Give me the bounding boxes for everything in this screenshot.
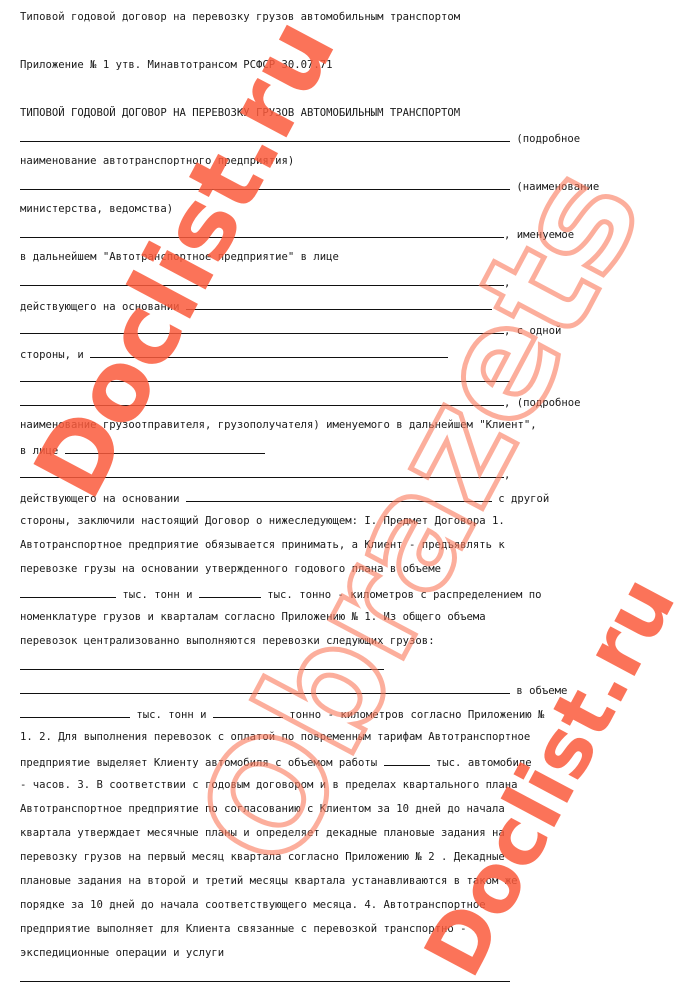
blank-field[interactable] [213, 706, 283, 718]
blank-field[interactable] [20, 370, 510, 382]
line-vehicle-hours: предприятие выделяет Клиенту автомобиля … [20, 754, 532, 768]
line-volume-2: тыс. тонн и тонно - километров согласно … [20, 706, 544, 720]
blank-field[interactable] [20, 466, 504, 478]
line-text: тыс. тонн и [130, 709, 213, 721]
line-basis-2: действующего на основании с другой [20, 490, 549, 504]
line-named: , именуемое [20, 226, 574, 240]
line-text: с другой [492, 493, 549, 505]
line-text: действующего на основании [20, 493, 186, 505]
line-text: тыс. автомобиле [430, 757, 532, 769]
line-text: тыс. тонно - километров с распределением… [261, 589, 542, 601]
line-ministry-name: (наименование [20, 178, 599, 192]
blank-field[interactable] [20, 658, 384, 670]
blank-field[interactable] [20, 586, 116, 598]
line-text: наименование грузоотправителя, грузополу… [20, 418, 537, 432]
blank-field[interactable] [20, 394, 504, 406]
line-text: министерства, ведомства) [20, 202, 173, 216]
line-and: стороны, и [20, 346, 448, 360]
blank-field[interactable] [20, 322, 504, 334]
line-text: порядке за 10 дней до начала соответству… [20, 898, 486, 912]
line-text: - часов. 3. В соответствии с годовым дог… [20, 778, 517, 792]
line-text: перевозок централизованно выполняются пе… [20, 634, 435, 648]
line-text: стороны, и [20, 349, 90, 361]
line-text: 1. 2. Для выполнения перевозок с оплатой… [20, 730, 530, 744]
line-one-side: , с одной [20, 322, 561, 336]
document-title: Типовой годовой договор на перевозку гру… [20, 10, 460, 24]
line-text: Автотранспортное предприятие обязывается… [20, 538, 505, 552]
line-text: тыс. тонн и [116, 589, 199, 601]
line-text: перевозку грузов на первый месяц квартал… [20, 850, 505, 864]
line-text: (наименование [510, 181, 599, 193]
blank-field[interactable] [20, 178, 510, 190]
line-cargo [20, 658, 384, 672]
line-client-rep: в лице [20, 442, 265, 456]
line-text: предприятие выделяет Клиенту автомобиля … [20, 757, 384, 769]
line-text: действующего на основании [20, 301, 186, 313]
line-enterprise-name: (подробное [20, 130, 580, 144]
line-text: экспедиционные операции и услуги [20, 946, 224, 960]
line-volume: тыс. тонн и тыс. тонно - километров с ра… [20, 586, 542, 600]
line-client-name: , (подробное [20, 394, 581, 408]
blank-field[interactable] [65, 442, 265, 454]
line-text: номенклатуре грузов и кварталам согласно… [20, 610, 486, 624]
blank-field[interactable] [20, 970, 510, 982]
line-text: в лице [20, 445, 65, 457]
blank-field[interactable] [20, 682, 510, 694]
line-text: перевозке грузы на основании утвержденно… [20, 562, 441, 576]
line-text: , именуемое [504, 229, 574, 241]
line-text: стороны, заключили настоящий Договор о н… [20, 514, 505, 528]
line-text: в объеме [510, 685, 567, 697]
line-text: плановые задания на второй и третий меся… [20, 874, 517, 888]
line-text: , [504, 469, 510, 481]
line-basis-1: действующего на основании [20, 298, 492, 312]
line-text: квартала утверждает месячные планы и опр… [20, 826, 505, 840]
blank-field[interactable] [20, 706, 130, 718]
blank-field[interactable] [90, 346, 448, 358]
blank-field[interactable] [186, 490, 492, 502]
line-text: (подробное [510, 133, 580, 145]
blank-field[interactable] [20, 274, 504, 286]
line-blank [20, 370, 510, 384]
line-text: предприятие выполняет для Клиента связан… [20, 922, 466, 936]
document-heading: ТИПОВОЙ ГОДОВОЙ ДОГОВОР НА ПЕРЕВОЗКУ ГРУ… [20, 106, 460, 120]
blank-field[interactable] [20, 130, 510, 142]
line-text: в дальнейшем "Автотранспортное предприят… [20, 250, 339, 264]
line-text: Автотранспортное предприятие по согласов… [20, 802, 505, 816]
line-text: , с одной [504, 325, 561, 337]
line-client-rep-2: , [20, 466, 510, 480]
line-cargo-volume: в объеме [20, 682, 567, 696]
line-text: , (подробное [504, 397, 581, 409]
line-text: наименование автотранспортного предприят… [20, 154, 294, 168]
line-text: тонно - километров согласно Приложению № [283, 709, 545, 721]
blank-field[interactable] [186, 298, 492, 310]
blank-field[interactable] [20, 226, 504, 238]
blank-field[interactable] [199, 586, 261, 598]
appendix-note: Приложение № 1 утв. Минавтотрансом РСФСР… [20, 58, 333, 72]
line-services [20, 970, 510, 984]
line-representative: , [20, 274, 510, 288]
blank-field[interactable] [384, 754, 430, 766]
line-text: , [504, 277, 510, 289]
